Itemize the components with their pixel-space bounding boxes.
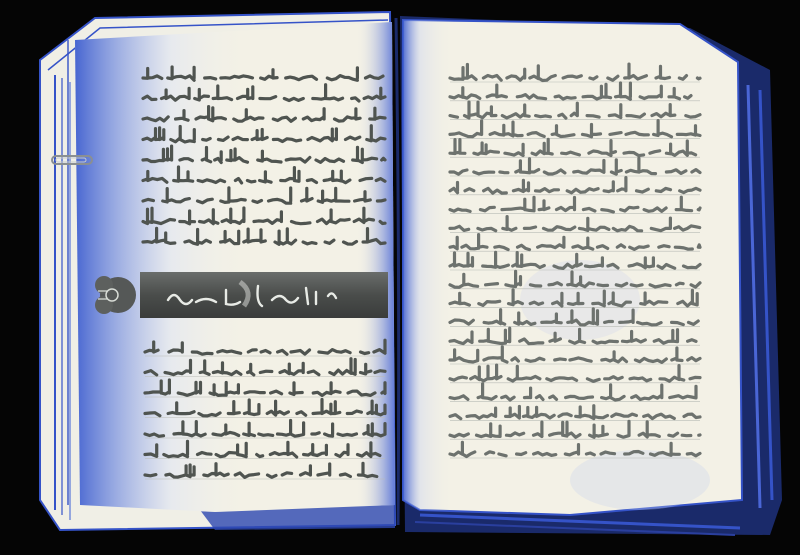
floral-ornament-icon (95, 276, 136, 314)
painting-scene (0, 0, 800, 555)
left-page (68, 22, 395, 512)
manuscript-painting (0, 0, 800, 555)
book-spine (396, 18, 399, 525)
